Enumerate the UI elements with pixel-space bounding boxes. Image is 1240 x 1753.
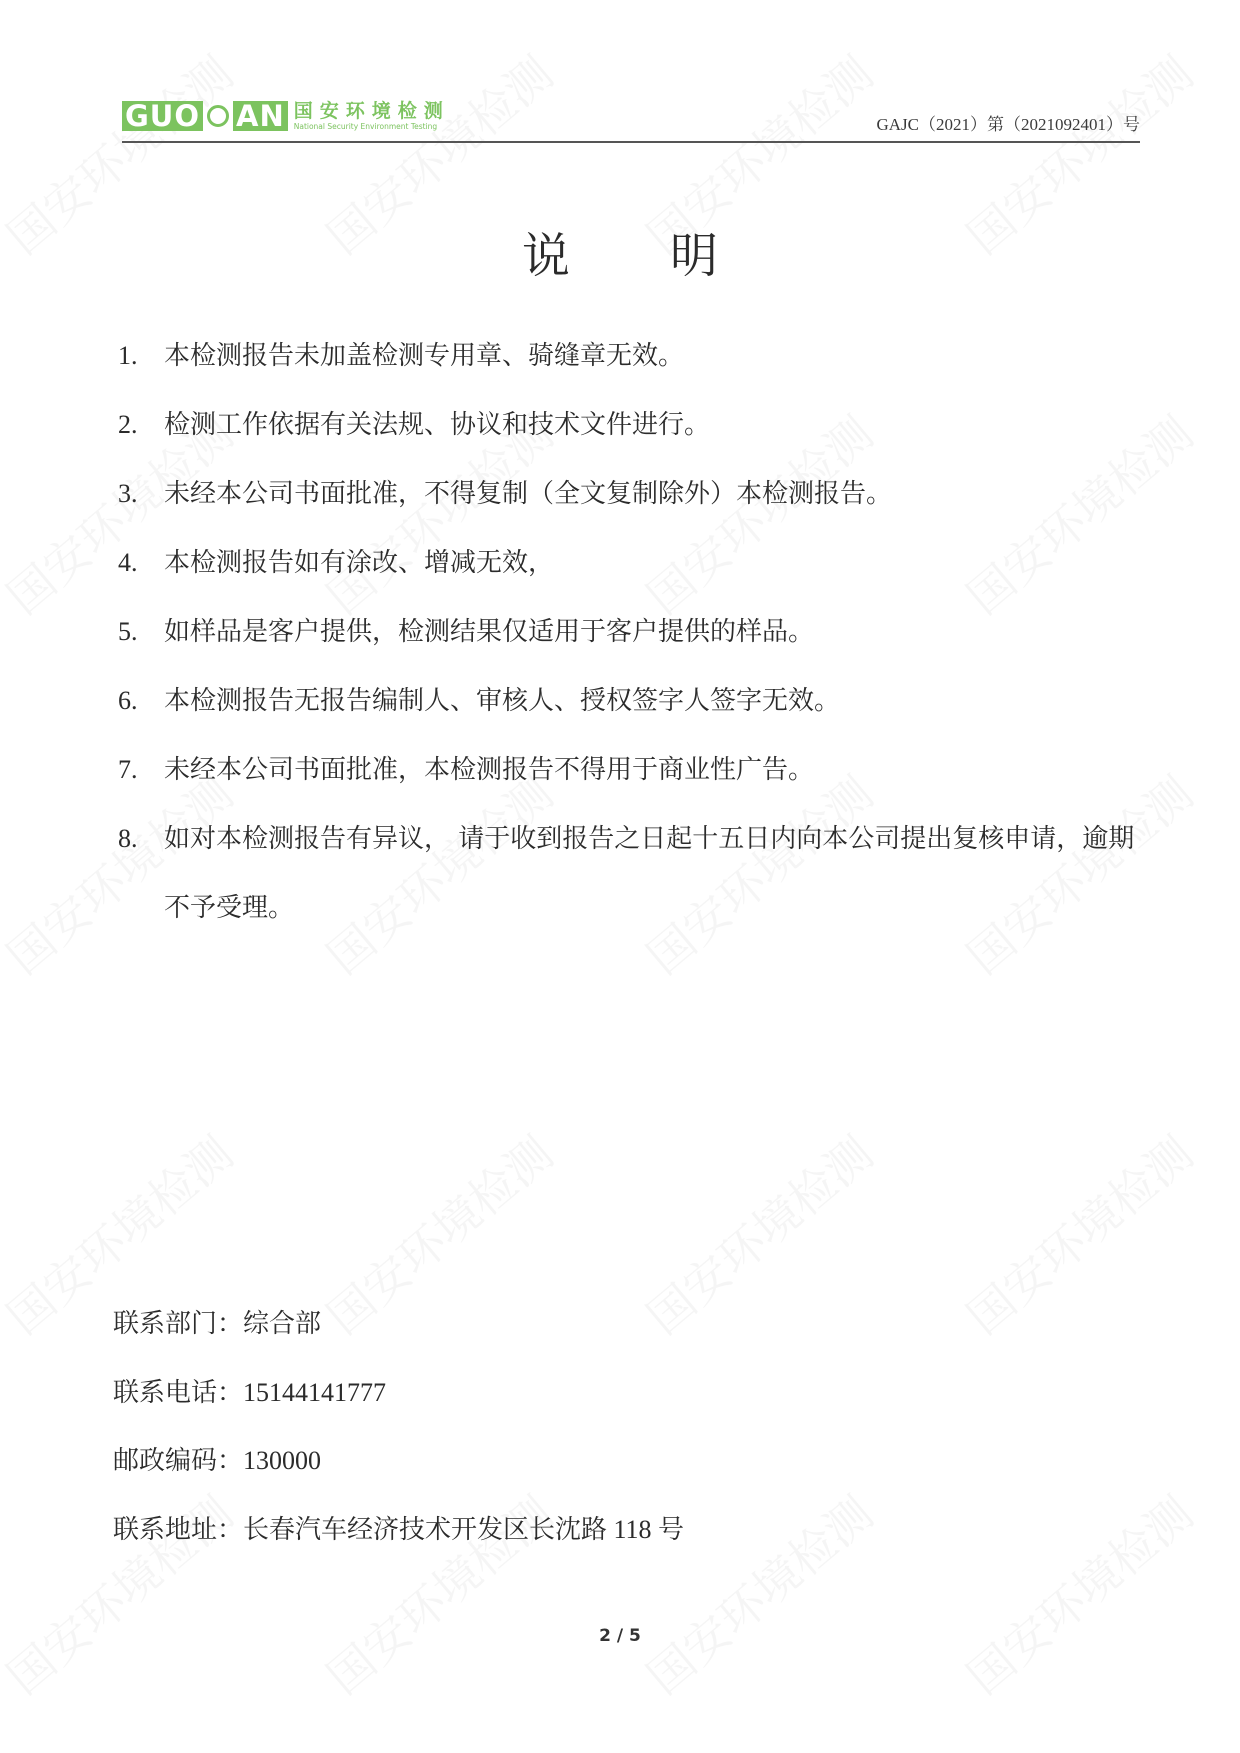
item-number: 7. (118, 750, 164, 819)
logo-mark-left: GUO (122, 101, 203, 131)
item-text: 本检测报告未加盖检测专用章、骑缝章无效。 (164, 336, 1138, 405)
report-number: GAJC（2021）第（2021092401）号 (876, 110, 1140, 135)
item-text: 检测工作依据有关法规、协议和技术文件进行。 (164, 405, 1138, 474)
list-item: 6. 本检测报告无报告编制人、审核人、授权签字人签字无效。 (118, 681, 1138, 750)
notice-list: 1. 本检测报告未加盖检测专用章、骑缝章无效。 2. 检测工作依据有关法规、协议… (118, 336, 1138, 943)
contact-department-label: 联系部门： (113, 1304, 243, 1373)
logo-mark: GUO AN (122, 101, 288, 131)
contact-postcode-label: 邮政编码： (113, 1441, 243, 1510)
item-number: 4. (118, 543, 164, 612)
item-text: 未经本公司书面批准，不得复制（全文复制除外）本检测报告。 (164, 474, 1138, 543)
item-text: 本检测报告如有涂改、增减无效， (164, 543, 1138, 612)
page-header: GUO AN 国安环境检测 National Security Environm… (122, 98, 1140, 142)
company-logo: GUO AN 国安环境检测 National Security Environm… (122, 100, 450, 131)
logo-mark-right: AN (233, 101, 288, 131)
globe-icon (207, 105, 229, 127)
contact-info: 联系部门： 综合部 联系电话： 15144141777 邮政编码： 130000… (113, 1304, 684, 1578)
logo-name-cn: 国安环境检测 (294, 100, 450, 122)
item-number: 8. (118, 819, 164, 943)
contact-phone: 联系电话： 15144141777 (113, 1373, 684, 1442)
list-item: 4. 本检测报告如有涂改、增减无效， (118, 543, 1138, 612)
list-item: 3. 未经本公司书面批准，不得复制（全文复制除外）本检测报告。 (118, 474, 1138, 543)
page-number: 2 / 5 (0, 1626, 1240, 1646)
watermark: 国安环境检测 (951, 1479, 1205, 1707)
item-number: 1. (118, 336, 164, 405)
page-title: 说明 (0, 226, 1240, 286)
contact-phone-value: 15144141777 (243, 1373, 386, 1442)
logo-text: 国安环境检测 National Security Environment Tes… (294, 100, 450, 131)
list-item: 1. 本检测报告未加盖检测专用章、骑缝章无效。 (118, 336, 1138, 405)
item-text: 如对本检测报告有异议， 请于收到报告之日起十五日内向本公司提出复核申请，逾期不予… (164, 805, 1138, 943)
logo-name-en: National Security Environment Testing (294, 122, 450, 131)
list-item: 5. 如样品是客户提供，检测结果仅适用于客户提供的样品。 (118, 612, 1138, 681)
contact-address-value: 长春汽车经济技术开发区长沈路 118 号 (243, 1510, 684, 1579)
title-char-2: 明 (670, 226, 718, 286)
header-divider (122, 141, 1140, 143)
item-number: 5. (118, 612, 164, 681)
watermark: 国安环境检测 (951, 1119, 1205, 1347)
contact-department: 联系部门： 综合部 (113, 1304, 684, 1373)
list-item: 8. 如对本检测报告有异议， 请于收到报告之日起十五日内向本公司提出复核申请，逾… (118, 819, 1138, 943)
title-char-1: 说 (522, 226, 570, 286)
item-text: 如样品是客户提供，检测结果仅适用于客户提供的样品。 (164, 612, 1138, 681)
contact-address: 联系地址： 长春汽车经济技术开发区长沈路 118 号 (113, 1510, 684, 1579)
contact-postcode: 邮政编码： 130000 (113, 1441, 684, 1510)
contact-postcode-value: 130000 (243, 1441, 321, 1510)
item-number: 6. (118, 681, 164, 750)
contact-department-value: 综合部 (243, 1304, 321, 1373)
item-text: 本检测报告无报告编制人、审核人、授权签字人签字无效。 (164, 681, 1138, 750)
list-item: 2. 检测工作依据有关法规、协议和技术文件进行。 (118, 405, 1138, 474)
contact-phone-label: 联系电话： (113, 1373, 243, 1442)
item-number: 3. (118, 474, 164, 543)
contact-address-label: 联系地址： (113, 1510, 243, 1579)
item-number: 2. (118, 405, 164, 474)
